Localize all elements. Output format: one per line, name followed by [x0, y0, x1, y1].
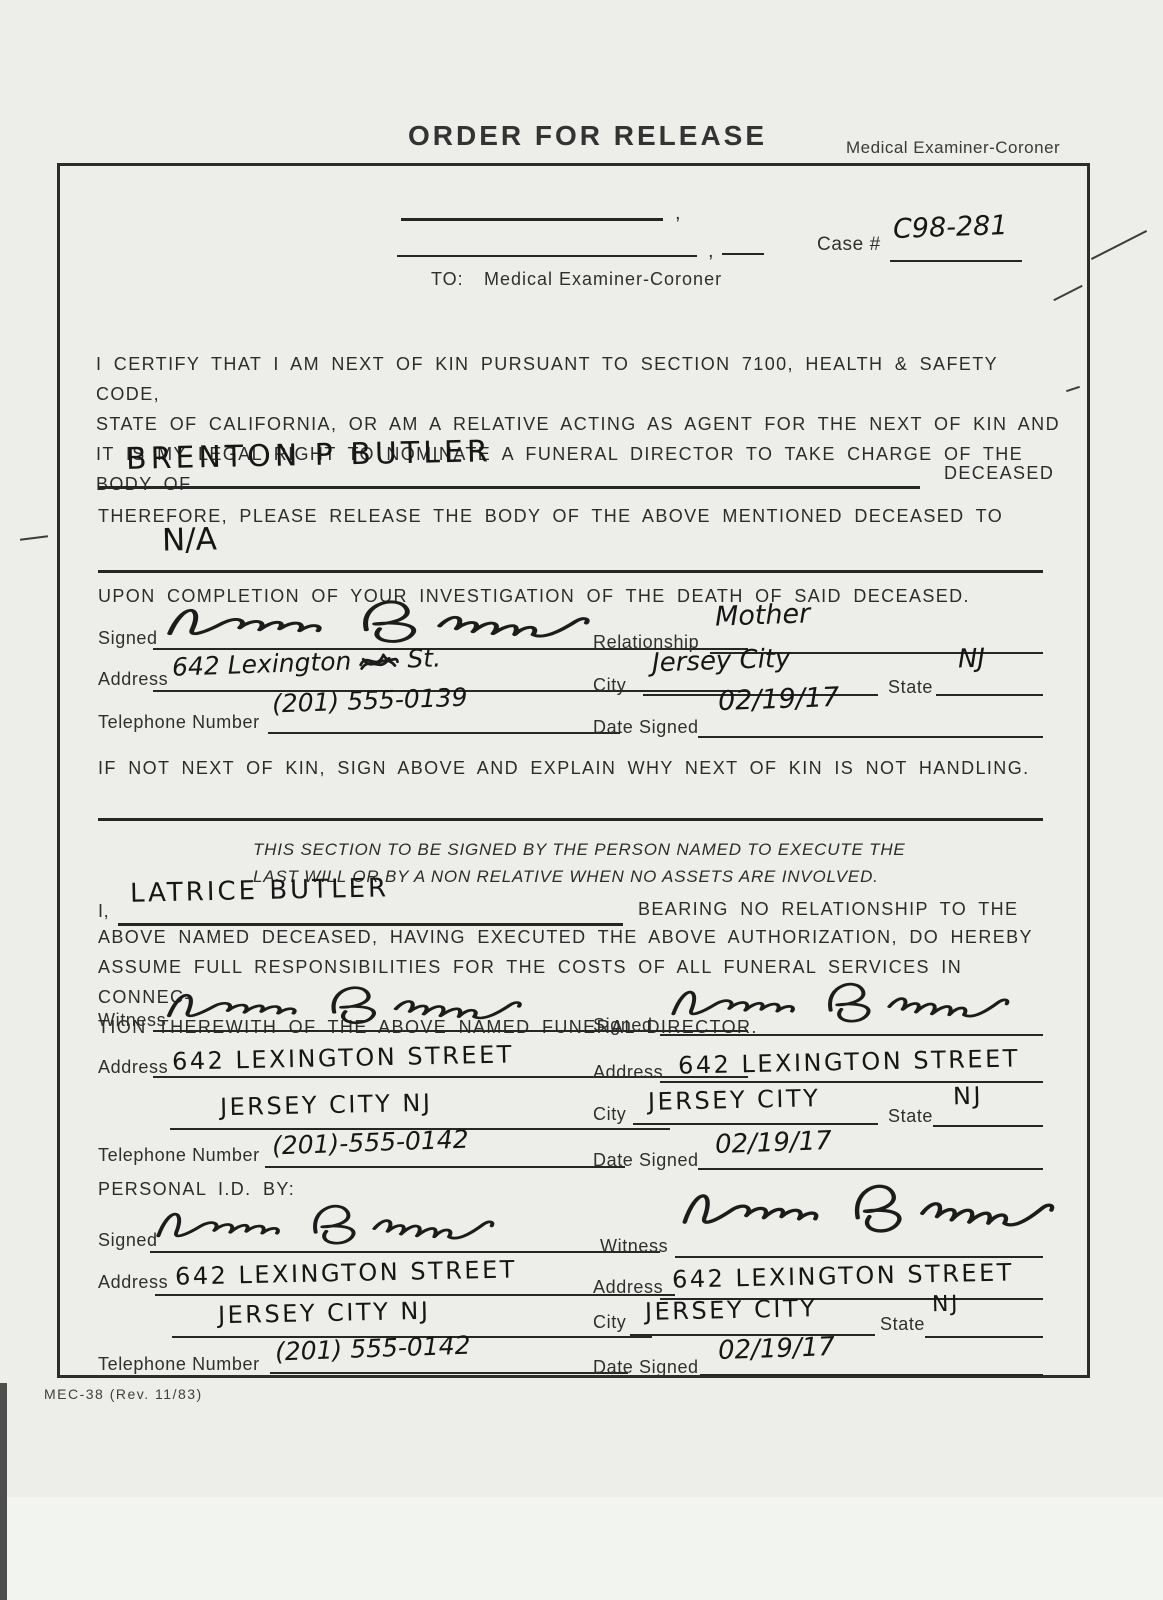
- signed-state-value: NJ: [953, 1082, 984, 1111]
- date-signed-value: 02/19/17: [717, 682, 839, 717]
- certification-paragraph: I CERTIFY THAT I AM NEXT OF KIN PURSUANT…: [96, 349, 1061, 499]
- pid-signed-telephone-value: (201) 555-0142: [275, 1331, 471, 1367]
- signed-address-value: 642 LEXINGTON STREET: [678, 1044, 1020, 1079]
- scribble-mark: [357, 649, 402, 675]
- form-line: [401, 218, 663, 221]
- date-signed-label: Date Signed: [593, 717, 699, 738]
- form-line: [936, 694, 1043, 696]
- form-line: [925, 1336, 1043, 1338]
- state-value: NJ: [957, 644, 985, 675]
- signed-label: Signed: [98, 628, 158, 649]
- address-label: Address: [593, 1277, 663, 1298]
- telephone-label: Telephone Number: [98, 712, 260, 733]
- city-label: City: [593, 675, 626, 696]
- date-signed-label: Date Signed: [593, 1150, 699, 1171]
- date-signed-label: Date Signed: [593, 1357, 699, 1378]
- pid-witness-date-value: 02/19/17: [718, 1332, 836, 1366]
- scan-mark: [20, 535, 48, 540]
- scan-mark: [1091, 230, 1147, 260]
- form-line: [98, 570, 1043, 573]
- address-label: Address: [593, 1062, 663, 1083]
- form-line: [397, 255, 697, 257]
- case-number-value: C98-281: [892, 210, 1008, 245]
- form-line: [933, 1125, 1043, 1127]
- form-line: [98, 486, 920, 489]
- pid-signed-address2-value: JERSEY CITY NJ: [218, 1297, 431, 1329]
- city-label: City: [593, 1104, 626, 1125]
- comma-mark: ,: [675, 202, 681, 225]
- deceased-label: DECEASED: [944, 458, 1054, 488]
- page-title: ORDER FOR RELEASE: [408, 120, 748, 152]
- pid-witness-address-value: 642 LEXINGTON STREET: [672, 1258, 1014, 1293]
- signed-city-value: JERSEY CITY: [648, 1084, 821, 1116]
- form-line: [890, 260, 1022, 262]
- form-line: [265, 1166, 625, 1168]
- to-label: TO:: [431, 269, 464, 290]
- telephone-label: Telephone Number: [98, 1145, 260, 1166]
- witness-label: Witness: [600, 1236, 668, 1257]
- signed-label: Signed: [593, 1015, 653, 1036]
- state-label: State: [888, 677, 933, 698]
- form-line: [268, 732, 620, 734]
- telephone-label: Telephone Number: [98, 1354, 260, 1375]
- address-label: Address: [98, 1057, 168, 1078]
- address-label: Address: [98, 669, 168, 690]
- agency-name: Medical Examiner-Coroner: [846, 138, 1060, 158]
- city-label: City: [593, 1312, 626, 1333]
- i-label: I,: [98, 901, 109, 922]
- form-line: [722, 253, 764, 255]
- form-number: MEC-38 (Rev. 11/83): [44, 1386, 203, 1402]
- form-line: [675, 1256, 1043, 1258]
- form-line: [700, 1374, 1043, 1376]
- form-line: [660, 1034, 1043, 1036]
- form-line: [698, 736, 1043, 738]
- pid-witness-state-value: NJ: [932, 1292, 960, 1318]
- form-line: [698, 1168, 1043, 1170]
- paper-edge-strip: [0, 1497, 1163, 1600]
- scan-edge-shadow: [0, 1383, 7, 1600]
- form-line: [150, 1251, 660, 1253]
- to-value: Medical Examiner-Coroner: [484, 269, 722, 290]
- pid-witness-city-value: JERSEY CITY: [645, 1294, 818, 1326]
- form-line: [660, 1081, 1043, 1083]
- case-number-label: Case #: [817, 234, 881, 256]
- pid-signed-address-value: 642 LEXINGTON STREET: [175, 1255, 517, 1290]
- signature-scrawl-personal-id-signed: [145, 1196, 545, 1254]
- signed-date-value: 02/19/17: [715, 1126, 833, 1160]
- release-to-value: N/A: [162, 521, 218, 558]
- relationship-value: Mother: [714, 598, 810, 632]
- telephone-value: (201) 555-0139: [272, 683, 468, 719]
- address-part2: St.: [407, 643, 442, 673]
- form-line: [633, 1123, 878, 1125]
- state-label: State: [888, 1106, 933, 1127]
- form-line: [153, 1030, 748, 1032]
- state-label: State: [880, 1314, 925, 1335]
- bearing-intro: BEARING NO RELATIONSHIP TO THE: [638, 894, 1018, 924]
- witness-address2-value: JERSEY CITY NJ: [220, 1089, 433, 1121]
- not-next-of-kin-line: IF NOT NEXT OF KIN, SIGN ABOVE AND EXPLA…: [98, 753, 1063, 783]
- witness-address-value: 642 LEXINGTON STREET: [172, 1040, 514, 1075]
- form-line: [98, 818, 1043, 821]
- witness-telephone-value: (201)-555-0142: [272, 1125, 470, 1161]
- signature-scrawl-personal-id-witness: [670, 1174, 1110, 1244]
- address-label: Address: [98, 1272, 168, 1293]
- city-value: Jersey City: [652, 644, 791, 679]
- comma-mark: ,: [708, 240, 714, 263]
- form-border-box: , , Case # C98-281 TO: Medical Examiner-…: [57, 163, 1090, 1378]
- signature-scrawl-executor-witness: [155, 978, 575, 1033]
- scanned-document-page: ORDER FOR RELEASE Medical Examiner-Coron…: [0, 0, 1163, 1600]
- executor-name-value: LATRICE BUTLER: [130, 873, 390, 908]
- address-part1: 642 Lexington: [172, 646, 352, 681]
- form-line: [270, 1372, 628, 1374]
- release-line: THEREFORE, PLEASE RELEASE THE BODY OF TH…: [98, 501, 1063, 531]
- signature-scrawl-executor-signed: [660, 974, 1060, 1032]
